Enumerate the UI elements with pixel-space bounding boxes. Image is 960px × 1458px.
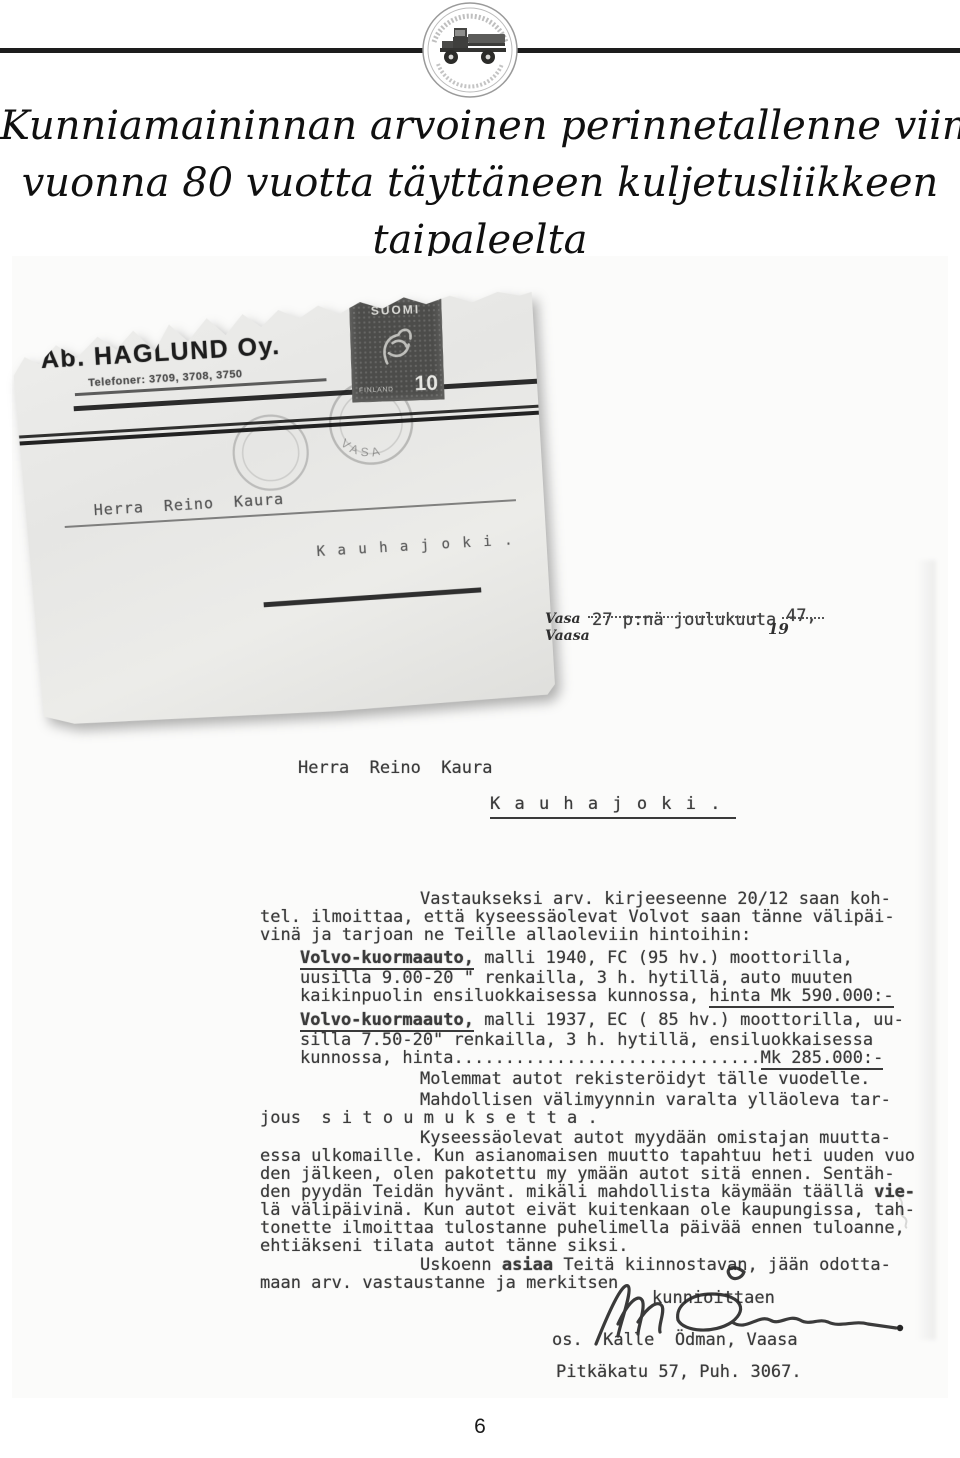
text-segment: lä välipäivinä. Kun autot eivät kuitenka… — [260, 1200, 915, 1220]
letter-body-line: Mahdollisen välimyynnin varalta ylläolev… — [260, 1091, 940, 1109]
text-segment: tel. ilmoittaa, että kyseessäolevat Volv… — [260, 907, 895, 927]
sender-name: os. Kalle Ödman, Vaasa — [552, 1330, 798, 1350]
page-number: 6 — [0, 1415, 960, 1439]
club-logo — [418, 0, 522, 102]
letter-body-line: den jälkeen, olen pakotettu my ymään aut… — [260, 1165, 940, 1183]
text-segment: asiaa — [502, 1255, 553, 1275]
year-dotted-line — [782, 617, 824, 619]
letter-body-line: Vastaukseksi arv. kirjeeseenne 20/12 saa… — [260, 890, 940, 908]
text-segment: Kyseessäolevat autot myydään omistajan m… — [420, 1128, 891, 1148]
lion-emblem-icon — [374, 320, 420, 373]
text-segment: maan arv. vastaustanne ja merkitsen — [260, 1273, 618, 1293]
letter-body-line: Molemmat autot rekisteröidyt tälle vuode… — [260, 1070, 940, 1088]
text-segment: ehtiäkseni tilata autot tänne siksi. — [260, 1236, 628, 1256]
letter-body-line: essa ulkomaille. Kun asianomaisen muutto… — [260, 1147, 940, 1165]
title-line-1: Kunniamaininnan arvoinen perinnetallenne… — [0, 98, 960, 155]
page-title: Kunniamaininnan arvoinen perinnetallenne… — [0, 98, 960, 269]
text-segment: Mk 285.000:- — [761, 1048, 884, 1070]
text-segment: Volvo-kuormaauto, — [300, 948, 474, 970]
text-segment: essa ulkomaille. Kun asianomaisen muutto… — [260, 1146, 915, 1166]
postage-stamp: SUOMI FINLAND 10 — [349, 295, 444, 402]
text-segment: kaikinpuolin ensiluokkaisessa kunnossa, — [300, 986, 709, 1006]
letter-date: 27 p:nä joulukuuta — [592, 610, 776, 630]
scan-smudge — [893, 1196, 917, 1230]
text-segment: tonette ilmoittaa tulostanne puhelimella… — [260, 1218, 905, 1238]
stamp-value: 10 — [414, 372, 438, 397]
letter-body-line: jous s i t o u m u k s e t t a . — [260, 1109, 940, 1127]
letter-body-line: vinä ja tarjoan ne Teille allaoleviin hi… — [260, 926, 940, 944]
letter-body-line: lä välipäivinä. Kun autot eivät kuitenka… — [260, 1201, 940, 1219]
letter-body: Vastaukseksi arv. kirjeeseenne 20/12 saa… — [260, 890, 940, 1292]
date-dotted-line — [588, 616, 756, 618]
letter-body-line: den pyydän Teidän hyvänt. mikäli mahdoll… — [260, 1183, 940, 1201]
letter-body-line: silla 7.50-20" renkailla, 3 h. hytillä, … — [260, 1031, 940, 1049]
text-segment: kunnossa, hinta.........................… — [300, 1048, 761, 1068]
letter-body-line: Kyseessäolevat autot myydään omistajan m… — [260, 1129, 940, 1147]
letter-body-line: ehtiäkseni tilata autot tänne siksi. — [260, 1237, 940, 1255]
sender-address: Pitkäkatu 57, Puh. 3067. — [556, 1362, 802, 1382]
letter-addressee-city: K a u h a j o k i . — [490, 794, 736, 819]
text-segment: Volvo-kuormaauto, — [300, 1010, 474, 1032]
text-segment: jous s i t o u m u k s e t t a . — [260, 1108, 598, 1128]
letter-year: 47, — [786, 606, 817, 626]
text-segment: Mahdollisen välimyynnin varalta ylläolev… — [420, 1090, 891, 1110]
letter-body-line: kunnossa, hinta.........................… — [260, 1049, 940, 1067]
letter-body-line: tel. ilmoittaa, että kyseessäolevat Volv… — [260, 908, 940, 926]
text-segment: vinä ja tarjoan ne Teille allaoleviin hi… — [260, 925, 751, 945]
text-segment: malli 1937, EC ( 85 hv.) moottorilla, uu… — [474, 1010, 904, 1030]
letter-addressee: Herra Reino Kaura — [298, 758, 492, 778]
letter-body-line: kaikinpuolin ensiluokkaisessa kunnossa, … — [260, 987, 940, 1005]
letterhead-place-2: Vaasa — [545, 628, 590, 644]
text-segment: den pyydän Teidän hyvänt. mikäli mahdoll… — [260, 1182, 874, 1202]
book-page: Kunniamaininnan arvoinen perinnetallenne… — [0, 0, 960, 1458]
envelope-photo: Ab. HAGLUND Oy. Vasa Vaasa Telefoner: 37… — [10, 287, 556, 729]
letter-body-line: uusilla 9.00-20 " renkailla, 3 h. hytill… — [260, 969, 940, 987]
text-segment: malli 1940, FC (95 hv.) moottorilla, — [474, 948, 853, 968]
letter-body-line: tonette ilmoittaa tulostanne puhelimella… — [260, 1219, 940, 1237]
envelope: Ab. HAGLUND Oy. Vasa Vaasa Telefoner: 37… — [10, 287, 556, 729]
text-segment: Vastaukseksi arv. kirjeeseenne 20/12 saa… — [420, 889, 891, 909]
letterhead-place-1: Vasa — [545, 611, 581, 627]
letter-body-line: Volvo-kuormaauto, malli 1937, EC ( 85 hv… — [260, 1011, 940, 1029]
stamp-country-label: SUOMI — [351, 302, 439, 319]
text-segment: silla 7.50-20" renkailla, 3 h. hytillä, … — [300, 1030, 873, 1050]
text-segment: Uskoenn — [420, 1255, 502, 1275]
text-segment: den jälkeen, olen pakotettu my ymään aut… — [260, 1164, 895, 1184]
title-line-2: vuonna 80 vuotta täyttäneen kuljetusliik… — [0, 155, 960, 212]
stamp-country-bottom: FINLAND — [359, 386, 394, 394]
text-segment: hinta Mk 590.000:- — [709, 986, 893, 1008]
letter-body-line: Volvo-kuormaauto, malli 1940, FC (95 hv.… — [260, 949, 940, 967]
text-segment: uusilla 9.00-20 " renkailla, 3 h. hytill… — [300, 968, 853, 988]
text-segment: Molemmat autot rekisteröidyt tälle vuode… — [420, 1069, 870, 1089]
truck-emblem-icon — [418, 0, 522, 102]
